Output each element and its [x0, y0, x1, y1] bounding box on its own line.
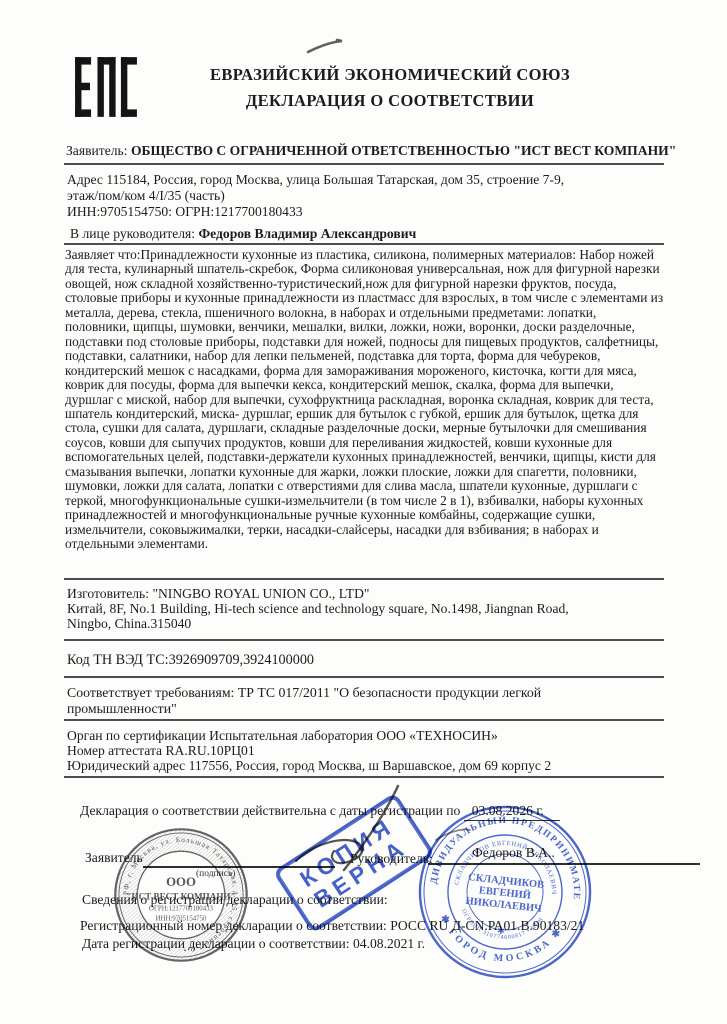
manufacturer-address-2: Ningbo, China.315040 — [67, 616, 569, 631]
title-line-declaration: ДЕКЛАРАЦИЯ О СООТВЕТСТВИИ — [130, 88, 650, 114]
pen-mark-top — [308, 40, 342, 52]
notary-round-stamp: ИНДИВИДУАЛЬНЫЙ ПРЕДПРИНИМАТЕЛЬ ✱ ГОРОД М… — [408, 795, 601, 988]
compliance-line-1: Соответствует требованиям: ТР ТС 017/201… — [67, 685, 541, 701]
eac-logo — [74, 55, 138, 119]
company-round-stamp: РФ, г. Москва, ул. Большая Татарская, д.… — [108, 822, 254, 968]
divider — [64, 639, 664, 641]
cert-org-line-2: Номер аттестата RA.RU.10РЦ01 — [67, 743, 551, 758]
manufacturer-block: Изготовитель: "NINGBO ROYAL UNION CO., L… — [67, 586, 569, 632]
certification-org-block: Орган по сертификации Испытательная лабо… — [67, 728, 551, 773]
head-person-label: В лице руководителя: — [70, 226, 195, 241]
declaration-body: Заявляет что:Принадлежности кухонные из … — [65, 248, 664, 552]
company-stamp-name: "ИСТ ВЕСТ КОМПАНИ" — [126, 892, 235, 902]
divider — [64, 243, 664, 245]
compliance-line-2: промышленности" — [67, 701, 541, 717]
title-line-union: ЕВРАЗИЙСКИЙ ЭКОНОМИЧЕСКИЙ СОЮЗ — [130, 62, 650, 88]
tn-ved-code: Код ТН ВЭД ТС:3926909709,3924100000 — [67, 652, 314, 669]
compliance-block: Соответствует требованиям: ТР ТС 017/201… — [67, 685, 541, 717]
manufacturer-name: "NINGBO ROYAL UNION CO., LTD" — [152, 586, 369, 601]
declaration-document: ЕВРАЗИЙСКИЙ ЭКОНОМИЧЕСКИЙ СОЮЗ ДЕКЛАРАЦИ… — [0, 0, 727, 1024]
address-block: Адрес 115184, Россия, город Москва, улиц… — [67, 172, 564, 220]
address-line-2: этаж/пом/ком 4/I/35 (часть) — [67, 188, 564, 204]
document-title: ЕВРАЗИЙСКИЙ ЭКОНОМИЧЕСКИЙ СОЮЗ ДЕКЛАРАЦИ… — [130, 62, 650, 113]
cert-org-line-3: Юридический адрес 117556, Россия, город … — [67, 758, 551, 773]
divider — [64, 719, 664, 721]
divider — [64, 163, 664, 165]
company-stamp-inn: ИНН:9705154750 — [156, 916, 207, 923]
company-stamp-org-type: ООО — [166, 875, 196, 889]
applicant-row: Заявитель: ОБЩЕСТВО С ОГРАНИЧЕННОЙ ОТВЕТ… — [66, 143, 676, 159]
manufacturer-address-1: Китай, 8F, No.1 Building, Hi-tech scienc… — [67, 601, 569, 616]
divider — [64, 578, 664, 580]
divider — [64, 676, 664, 678]
company-stamp-ogrn: ОГРН:1217700180433 — [149, 906, 213, 913]
applicant-value: ОБЩЕСТВО С ОГРАНИЧЕННОЙ ОТВЕТСТВЕННОСТЬЮ… — [131, 143, 676, 158]
applicant-label: Заявитель: — [66, 143, 128, 158]
divider — [64, 776, 664, 778]
manufacturer-label: Изготовитель: — [67, 586, 149, 601]
head-person-value: Федоров Владимир Александрович — [198, 226, 416, 241]
head-person-row: В лице руководителя: Федоров Владимир Ал… — [70, 226, 416, 242]
address-line-3: ИНН:9705154750: ОГРН:1217700180433 — [67, 204, 564, 220]
notary-stamp-star: ✱ — [497, 925, 506, 936]
cert-org-line-1: Орган по сертификации Испытательная лабо… — [67, 728, 551, 743]
address-line-1: Адрес 115184, Россия, город Москва, улиц… — [67, 172, 564, 188]
